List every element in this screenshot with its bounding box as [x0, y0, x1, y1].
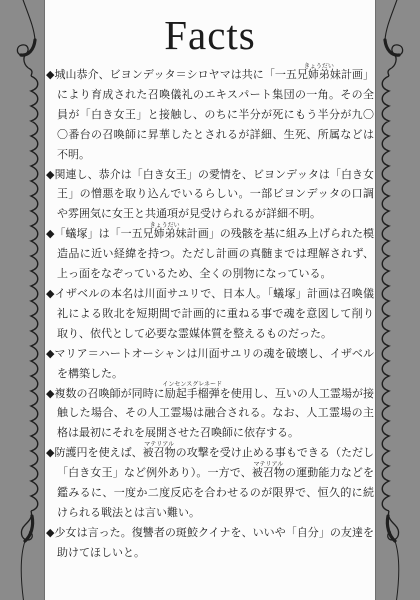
diamond-bullet-icon: ◆ [46, 69, 55, 81]
furigana-term: マテリアル被召物 [143, 448, 176, 459]
furigana-text: インセンスグレネード [162, 382, 222, 388]
furigana-term: きょうだい兄姉弟妹 [297, 70, 341, 81]
fact-item: ◆少女は言った。復讐者の斑鮫クイナを、いいや「自分」の友達を助けてほしいと。 [46, 524, 374, 564]
vine-ornament-icon [375, 0, 420, 600]
page-title: Facts [46, 12, 374, 58]
diamond-bullet-icon: ◆ [46, 348, 55, 360]
fact-item: ◆防護円を使えば、マテリアル被召物の攻撃を受け止める事もできる（ただし「白き女王… [46, 444, 374, 524]
ornate-border-right [375, 0, 420, 600]
diamond-bullet-icon: ◆ [46, 527, 55, 539]
diamond-bullet-icon: ◆ [46, 388, 54, 400]
fact-item: ◆マリア＝ハートオーシャンは川面サユリの魂を破壊し、イザベルを構築した。 [46, 345, 374, 385]
furigana-term: きょうだい兄姉弟妹 [143, 229, 187, 240]
furigana-term: インセンスグレネード励起手榴弾 [165, 389, 220, 400]
diamond-bullet-icon: ◆ [46, 288, 55, 300]
furigana-text: きょうだい [150, 223, 180, 229]
fact-item: ◆「蟻塚」は「一五きょうだい兄姉弟妹計画」の残骸を基に組み上げられた模造品に近い… [46, 225, 374, 285]
furigana-text: マテリアル [144, 442, 174, 448]
facts-page: Facts ◆城山恭介、ビヨンデッタ＝シロヤマは共に「一五きょうだい兄姉弟妹計画… [0, 0, 420, 600]
diamond-bullet-icon: ◆ [46, 169, 55, 181]
fact-item: ◆関連し、恭介は「白き女王」の愛情を、ビヨンデッタは「白き女王」の憎悪を取り込ん… [46, 166, 374, 226]
page-content: Facts ◆城山恭介、ビヨンデッタ＝シロヤマは共に「一五きょうだい兄姉弟妹計画… [45, 0, 375, 600]
ornate-border-left [0, 0, 45, 600]
vine-ornament-icon [0, 0, 45, 600]
fact-item: ◆イザベルの本名は川面サユリで、日本人。「蟻塚」計画は召喚儀礼による敗北を短期間… [46, 285, 374, 345]
fact-item: ◆城山恭介、ビヨンデッタ＝シロヤマは共に「一五きょうだい兄姉弟妹計画」により育成… [46, 66, 374, 166]
furigana-text: きょうだい [304, 64, 334, 70]
diamond-bullet-icon: ◆ [46, 447, 54, 459]
diamond-bullet-icon: ◆ [46, 228, 54, 240]
fact-item: ◆複数の召喚師が同時にインセンスグレネード励起手榴弾を使用し、互いの人工霊場が接… [46, 385, 374, 445]
furigana-text: マテリアル [253, 462, 283, 468]
facts-list: ◆城山恭介、ビヨンデッタ＝シロヤマは共に「一五きょうだい兄姉弟妹計画」により育成… [46, 66, 374, 564]
furigana-term: マテリアル被召物 [252, 468, 285, 479]
